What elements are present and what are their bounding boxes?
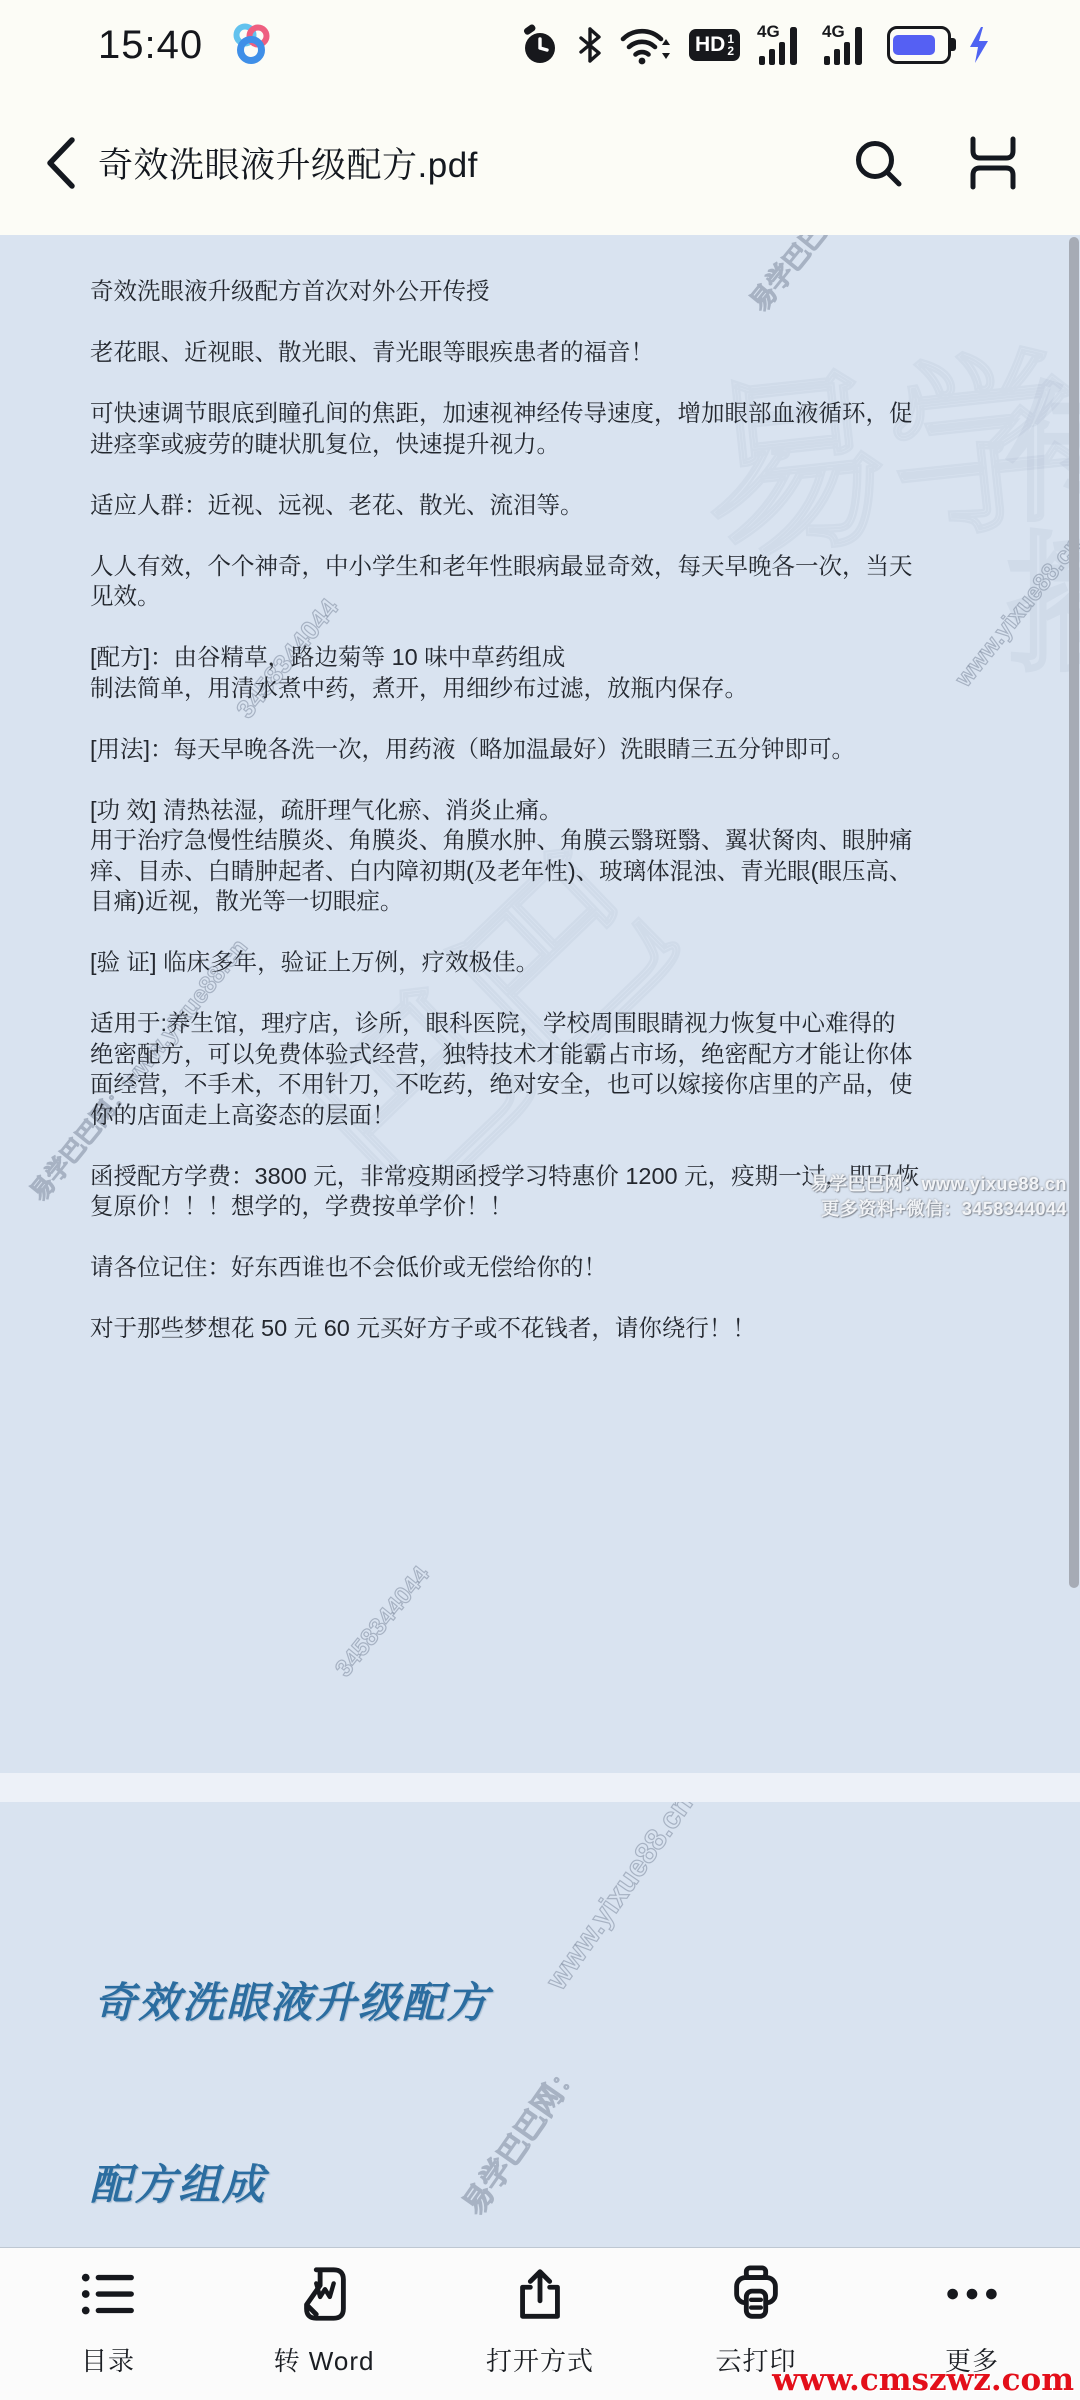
convert-word-button[interactable]: 转 Word (216, 2248, 432, 2400)
doc-line: [配方]：由谷精草，路边菊等 10 味中草药组成 (90, 642, 995, 673)
pdf-viewport[interactable]: 易学 传播 巴巴 易学巴巴网：www.yixue88.cn 3458344044… (0, 235, 1080, 2248)
doc-line: 适应人群：近视、远视、老花、散光、流泪等。 (90, 490, 995, 521)
doc-line: 见效。 (90, 581, 995, 612)
doc-line: [验 证] 临床多年，验证上万例，疗效极佳。 (90, 947, 995, 978)
doc-line: 老花眼、近视眼、散光眼、青光眼等眼疾患者的福音！ (90, 337, 995, 368)
doc-line: 目痛)近视，散光等一切眼症。 (90, 886, 995, 917)
battery-icon (887, 26, 951, 64)
svg-text:4G: 4G (757, 22, 780, 41)
toc-button[interactable]: 目录 (0, 2248, 216, 2400)
diagonal-watermark: 3458344044 (330, 1561, 436, 1682)
doc-line: 适用于:养生馆，理疗店，诊所，眼科医院，学校周围眼睛视力恢复中心难得的 (90, 1008, 995, 1039)
share-open-icon (509, 2262, 571, 2328)
doc-line: [功 效] 清热祛湿，疏肝理气化瘀、消炎止痛。 (90, 795, 995, 826)
fit-screen-icon[interactable] (968, 136, 1018, 190)
doc-line: 对于那些梦想花 50 元 60 元买好方子或不花钱者，请你绕行！！ (90, 1313, 995, 1344)
doc-line: 请各位记住：好东西谁也不会低价或无偿给你的！ (90, 1252, 995, 1283)
phone-screen: 15:40 (0, 0, 1080, 2400)
status-bar: 15:40 (0, 0, 1080, 90)
page2-calligraphy-subtitle: 配方组成 (90, 2152, 266, 2212)
status-icons: HD 12 4G 4G (518, 22, 990, 68)
word-doc-icon (293, 2262, 355, 2328)
wifi-icon (620, 25, 672, 65)
doc-line: 痒、目赤、白睛肿起者、白内障初期(及老年性)、玻璃体混浊、青光眼(眼压高、 (90, 856, 995, 887)
clock-time: 15:40 (98, 23, 203, 68)
alarm-icon (518, 24, 560, 66)
back-button[interactable] (38, 133, 82, 193)
scrollbar-thumb[interactable] (1069, 237, 1079, 1588)
document-title: 奇效洗眼液升级配方.pdf (98, 138, 478, 188)
page2-calligraphy-title: 奇效洗眼液升级配方 (94, 1970, 490, 2030)
doc-line: 面经营，不手术，不用针刀，不吃药，绝对安全，也可以嫁接你店里的产品，使 (90, 1069, 995, 1100)
charging-bolt-icon (968, 26, 990, 64)
open-with-button[interactable]: 打开方式 (432, 2248, 648, 2400)
doc-line: [用法]：每天早晚各洗一次，用药液（略加温最好）洗眼睛三五分钟即可。 (90, 734, 995, 765)
open-with-label: 打开方式 (486, 2341, 594, 2378)
doc-line: 奇效洗眼液升级配方首次对外公开传授 (90, 276, 995, 307)
diagonal-watermark: 易学巴巴网： (450, 2050, 589, 2223)
site-watermark-red: www.cmszwz.com (772, 2362, 1074, 2398)
pdf-page-2: www.yixue88.cn 易学巴巴网： 奇效洗眼液升级配方 配方组成 (0, 1802, 1080, 2248)
doc-line: 绝密配方，可以免费体验式经营，独特技术才能霸占市场，绝密配方才能让你体 (90, 1039, 995, 1070)
doc-line: 制法简单，用清水煮中药，煮开，用细纱布过滤，放瓶内保存。 (90, 673, 995, 704)
svg-text:4G: 4G (822, 22, 845, 41)
signal-strength-icon-sim2: 4G (822, 22, 870, 68)
diagonal-watermark: www.yixue88.cn (540, 1802, 700, 1997)
toc-label: 目录 (81, 2341, 135, 2378)
doc-line: 用于治疗急慢性结膜炎、角膜炎、角膜水肿、角膜云翳斑翳、翼状胬肉、眼肿痛 (90, 825, 995, 856)
printer-icon (725, 2262, 787, 2328)
toc-icon (77, 2262, 139, 2328)
hd-voice-badge: HD 12 (689, 29, 740, 61)
more-dots-icon (941, 2262, 1003, 2328)
title-bar: 奇效洗眼液升级配方.pdf (0, 90, 1080, 235)
doc-line: 人人有效，个个神奇，中小学生和老年性眼病最显奇效，每天早晚各一次，当天 (90, 551, 995, 582)
seller-watermark: 易学巴巴网：www.yixue88.cn 更多资料+微信：3458344044 (811, 1172, 1067, 1222)
bluetooth-icon (577, 24, 603, 66)
doc-line: 进痉挛或疲劳的睫状肌复位，快速提升视力。 (90, 429, 995, 460)
notification-app-icon (227, 22, 275, 68)
doc-line: 可快速调节眼底到瞳孔间的焦距，加速视神经传导速度，增加眼部血液循环，促 (90, 398, 995, 429)
doc-line: 你的店面走上高姿态的层面！ (90, 1100, 995, 1131)
search-icon[interactable] (852, 137, 904, 189)
pdf-page-1: 易学 传播 巴巴 易学巴巴网：www.yixue88.cn 3458344044… (0, 235, 1080, 1773)
convert-word-label: 转 Word (274, 2341, 375, 2378)
signal-strength-icon-sim1: 4G (757, 22, 805, 68)
